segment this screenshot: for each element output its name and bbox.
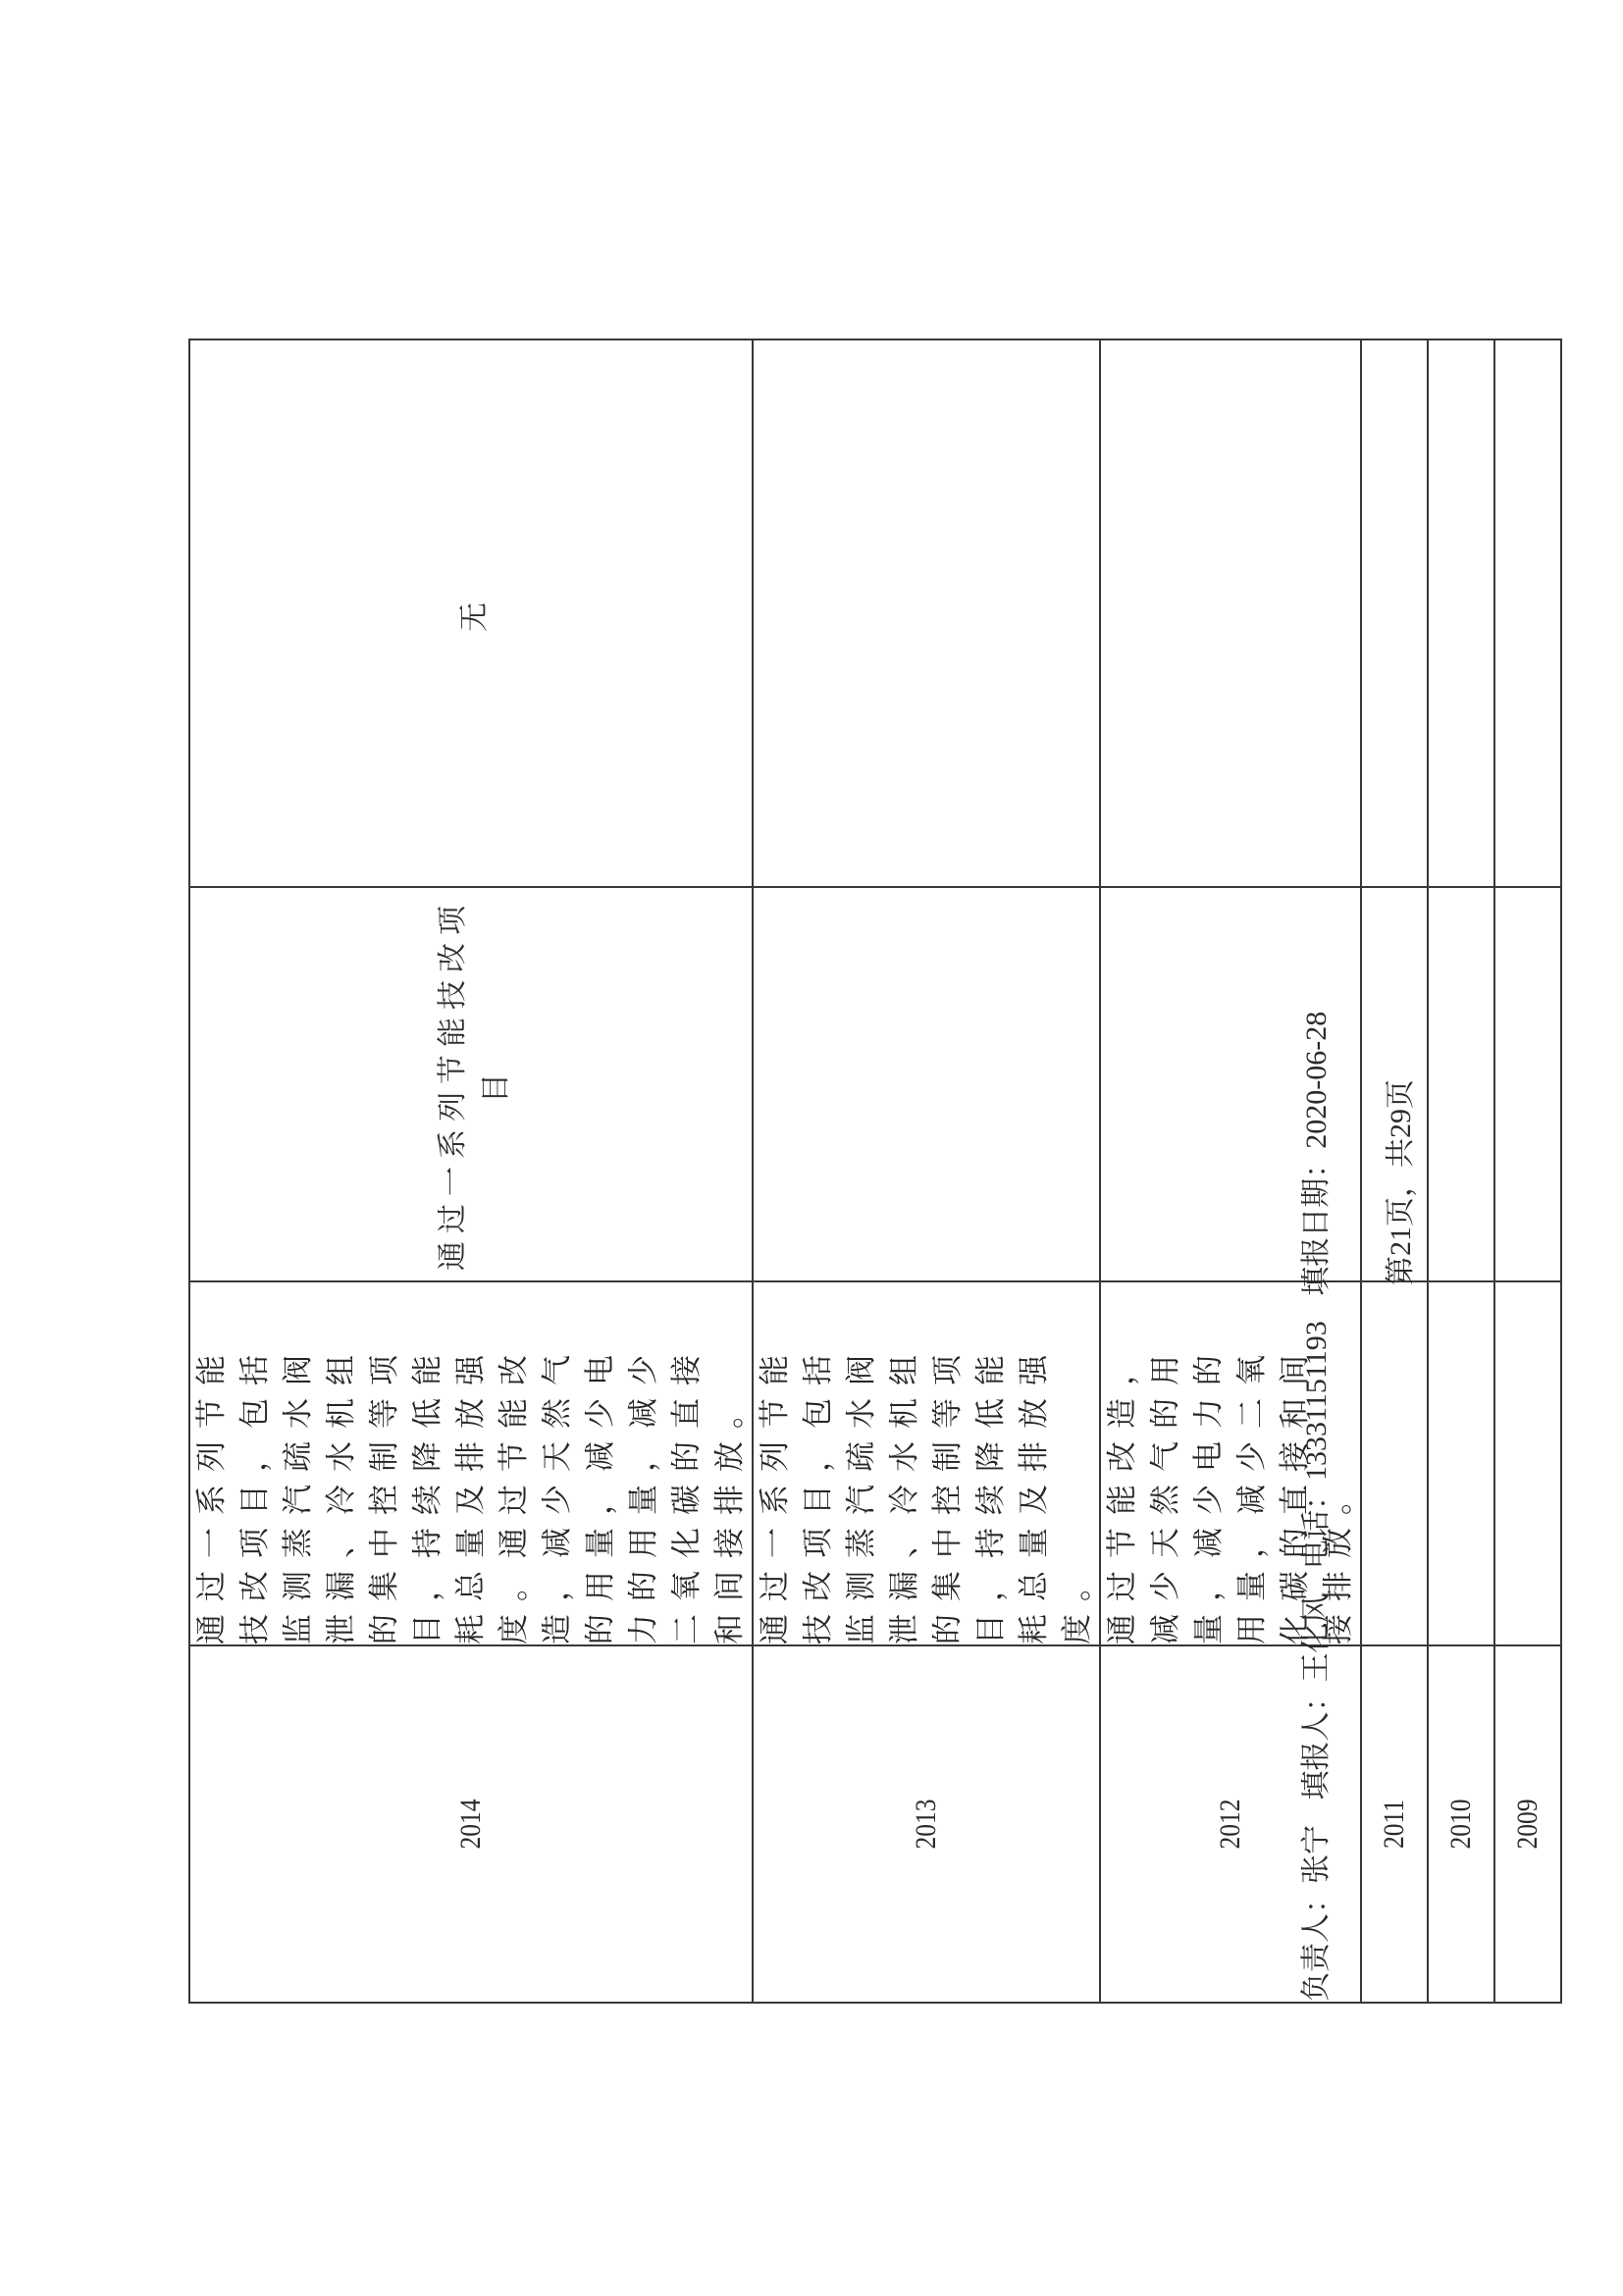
description-cell: 通过一系列节能技改项目，包括监测蒸汽疏水阀泄漏、冷水机组的集中控制等项目，持续降…	[189, 1281, 753, 1645]
report-date: 填报日期：2020-06-28	[1300, 1012, 1333, 1296]
reporter-label: 填报人：	[1300, 1683, 1333, 1800]
table-row: 2013 通过一系列节能技改项目，包括监测蒸汽疏水阀泄漏、冷水机组的集中控制等项…	[753, 339, 1100, 2003]
year-label: 2013	[910, 1673, 943, 1975]
description-text: 通过一系列节能技改项目，包括监测蒸汽疏水阀泄漏、冷水机组的集中控制等项目，持续降…	[754, 1331, 1099, 1644]
description-text: 通过一系列节能技改项目，包括监测蒸汽疏水阀泄漏、冷水机组的集中控制等项目，持续降…	[190, 1331, 752, 1644]
year-label: 2012	[1214, 1673, 1247, 1975]
phone-number: 13331151193	[1300, 1321, 1333, 1481]
year-cell: 2009	[1494, 1645, 1561, 2003]
year-cell: 2010	[1428, 1645, 1494, 2003]
measure-cell: 通过一系列节能技改项目	[189, 887, 753, 1281]
signature-line: 负责人：张宁 填报人：王化风 电话：13331151193 填报日期：2020-…	[1291, 994, 1335, 2002]
other-cell	[1494, 339, 1561, 887]
other-cell: 无	[189, 339, 753, 887]
description-cell	[1361, 1281, 1428, 1645]
measure-text: 通过一系列节能技改项目	[436, 898, 513, 1271]
date-label: 填报日期：	[1300, 1149, 1333, 1296]
responsible-name: 张宁	[1300, 1825, 1333, 1884]
date-value: 2020-06-28	[1300, 1012, 1333, 1149]
other-text: 无	[457, 595, 492, 632]
rotated-page: 2014 通过一系列节能技改项目，包括监测蒸汽疏水阀泄漏、冷水机组的集中控制等项…	[0, 0, 1623, 2296]
other-cell	[753, 339, 1100, 887]
reporter: 填报人：王化风	[1300, 1594, 1333, 1800]
other-cell	[1100, 339, 1361, 887]
other-cell	[1428, 339, 1494, 887]
phone: 电话：13331151193	[1300, 1321, 1333, 1569]
reporter-name: 王化风	[1300, 1594, 1333, 1683]
table-row: 2010	[1428, 339, 1494, 2003]
description-cell	[1494, 1281, 1561, 1645]
description-cell	[1428, 1281, 1494, 1645]
year-label: 2010	[1444, 1673, 1478, 1975]
year-cell: 2013	[753, 1645, 1100, 2003]
table-row: 2014 通过一系列节能技改项目，包括监测蒸汽疏水阀泄漏、冷水机组的集中控制等项…	[189, 339, 753, 2003]
description-cell: 通过一系列节能技改项目，包括监测蒸汽疏水阀泄漏、冷水机组的集中控制等项目，持续降…	[753, 1281, 1100, 1645]
year-label: 2009	[1511, 1673, 1544, 1975]
table-row: 2009	[1494, 339, 1561, 2003]
year-label: 2014	[454, 1673, 488, 1975]
year-label: 2011	[1378, 1673, 1411, 1975]
year-cell: 2014	[189, 1645, 753, 2003]
year-cell: 2011	[1361, 1645, 1428, 2003]
measure-cell	[1494, 887, 1561, 1281]
page-number: 第21页，共29页	[1376, 1070, 1419, 1295]
measure-cell	[753, 887, 1100, 1281]
other-cell	[1361, 339, 1428, 887]
energy-measures-table: 2014 通过一系列节能技改项目，包括监测蒸汽疏水阀泄漏、冷水机组的集中控制等项…	[188, 339, 1562, 2004]
responsible-label: 负责人：	[1300, 1884, 1333, 2002]
phone-label: 电话：	[1300, 1481, 1333, 1569]
responsible-person: 负责人：张宁	[1300, 1825, 1333, 2002]
measure-cell	[1428, 887, 1494, 1281]
